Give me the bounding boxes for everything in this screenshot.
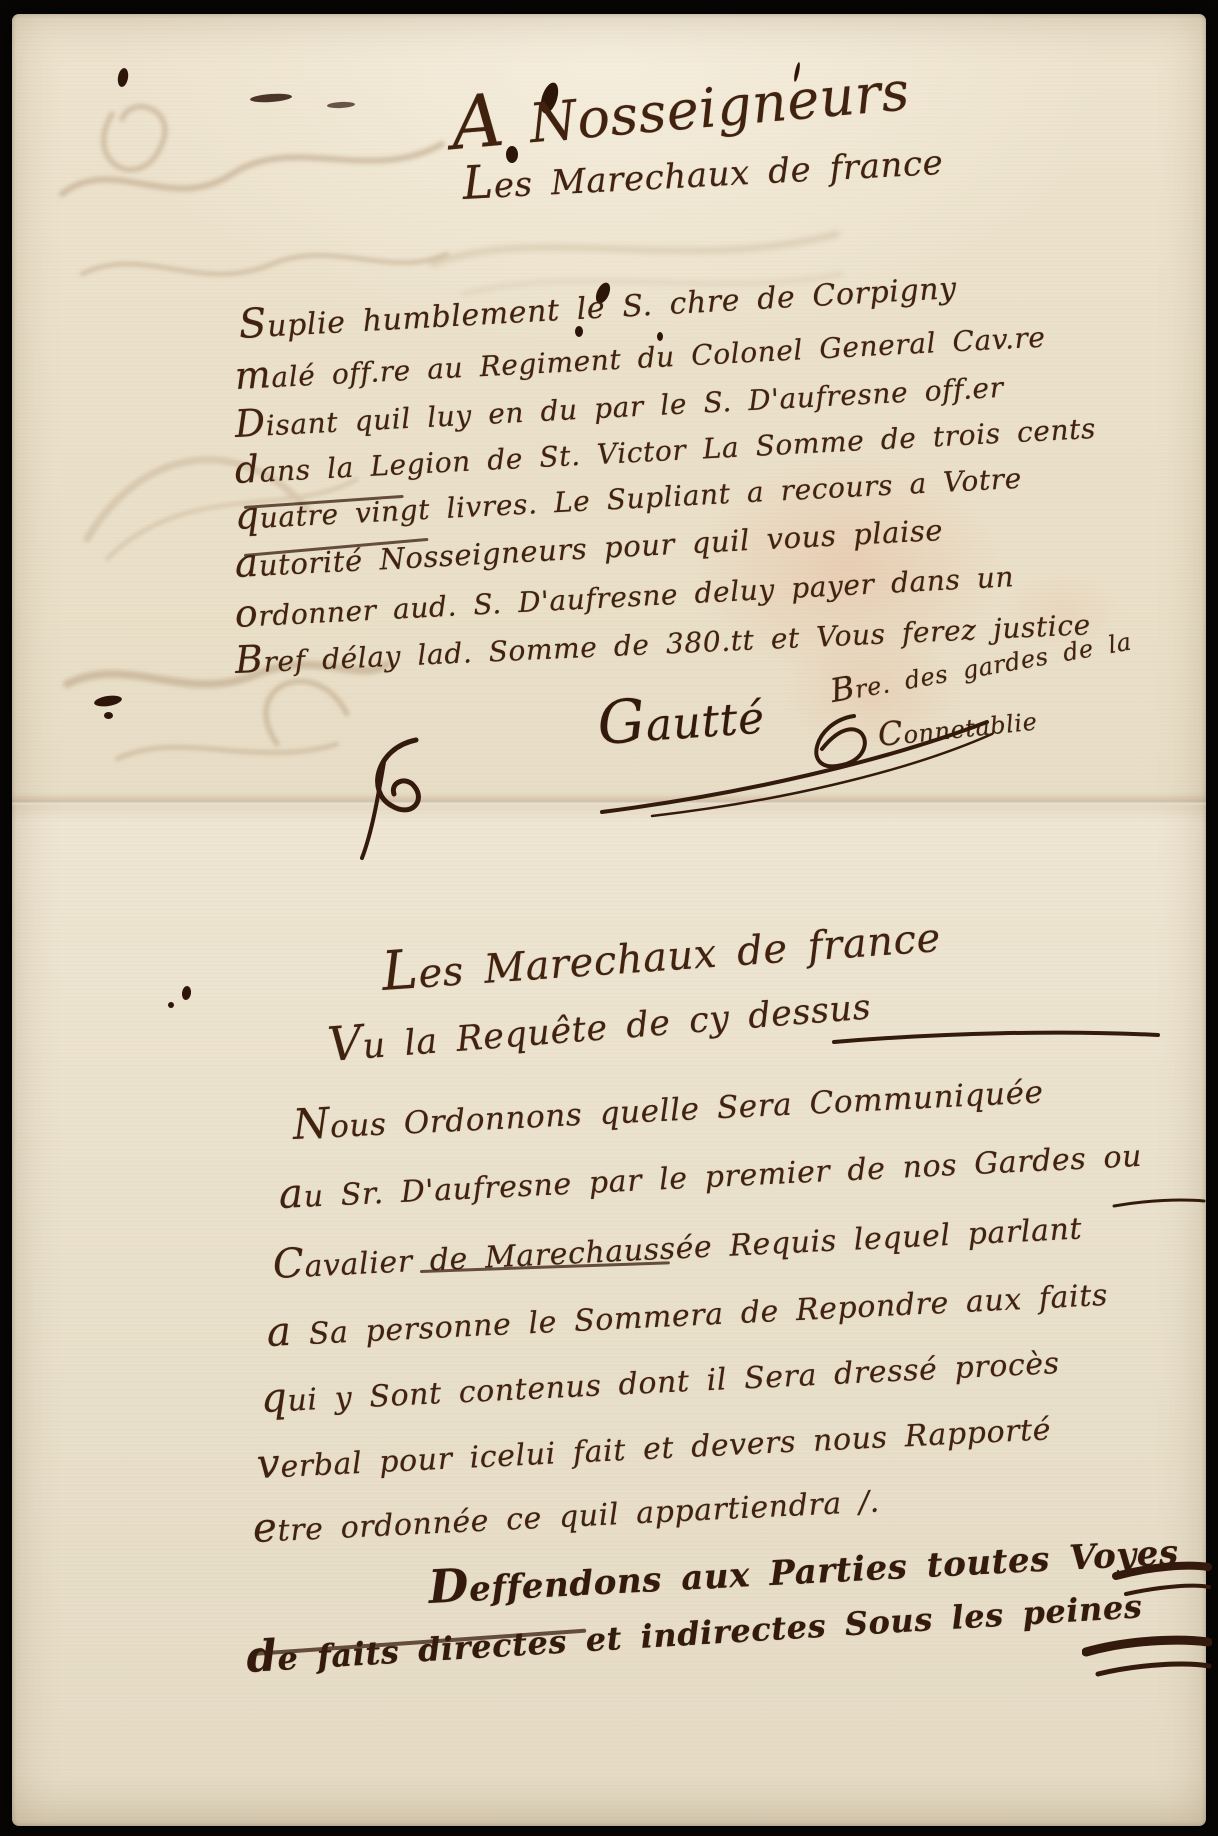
ink-speck (168, 1002, 174, 1008)
section-divider-curl (354, 732, 454, 862)
manuscript-photo: { "colors": { "background": "#070605", "… (0, 0, 1218, 1836)
filler-dash-stroke (1112, 1194, 1207, 1212)
line-end-flourish (1082, 1616, 1212, 1684)
order-line: Nous Ordonnons quelle Sera Communiquée (292, 1063, 1045, 1149)
filler-dash-stroke (832, 1026, 1162, 1050)
aged-paper-sheet: A Nosseigneurs Les Marechaux de france S… (12, 14, 1206, 1826)
ink-blot (181, 985, 192, 1000)
signature-paraph-flourish (572, 694, 1002, 824)
ink-speck (104, 712, 113, 719)
line-end-flourish (1112, 1542, 1212, 1602)
